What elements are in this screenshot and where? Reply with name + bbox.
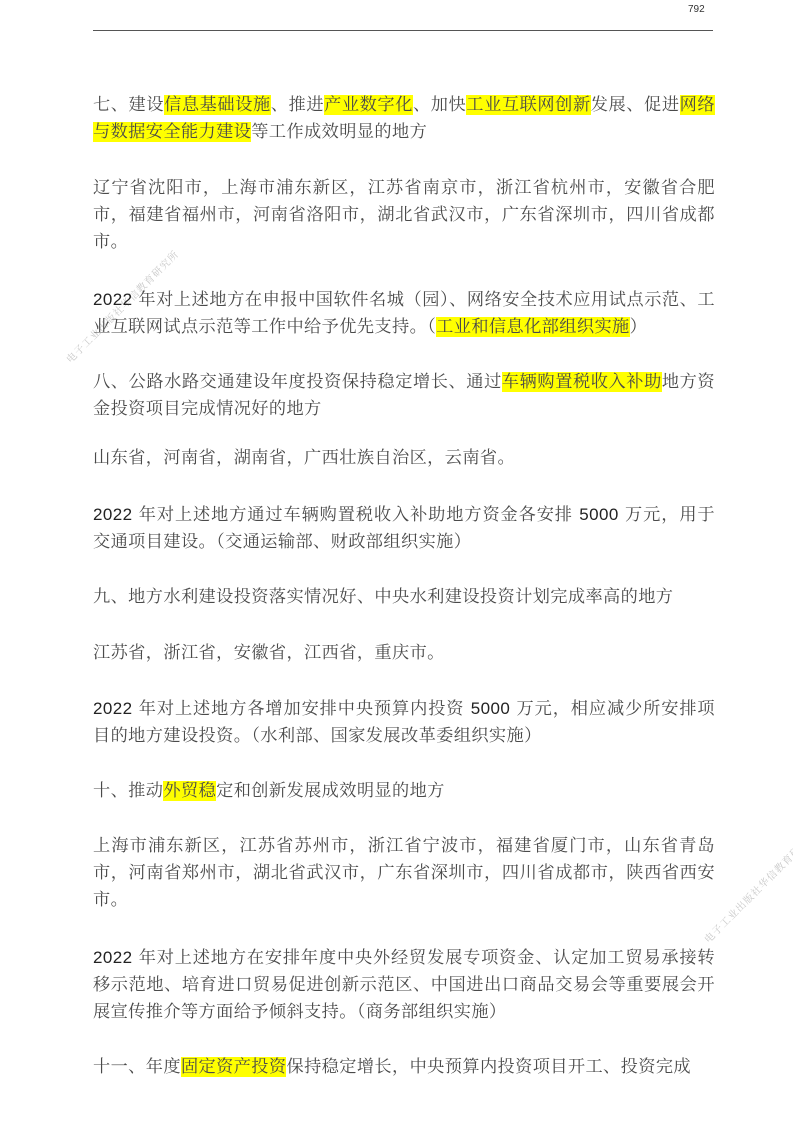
text-segment: 江苏省，浙江省，安徽省，江西省，重庆市。 <box>93 643 445 663</box>
text-segment: 、加快 <box>413 95 466 115</box>
page-number: 792 <box>688 4 705 15</box>
header-rule <box>93 30 713 31</box>
paragraph-list-7: 辽宁省沈阳市，上海市浦东新区，江苏省南京市，浙江省杭州市，安徽省合肥市，福建省福… <box>93 175 715 256</box>
paragraph-heading-9: 九、地方水利建设投资落实情况好、中央水利建设投资计划完成率高的地方 <box>93 584 715 611</box>
text-segment: 等工作成效明显的地方 <box>251 122 427 142</box>
paragraph-support-8: 2022 年对上述地方通过车辆购置税收入补助地方资金各安排 5000 万元，用于… <box>93 501 715 556</box>
text-segment: ） <box>630 317 648 337</box>
highlighted-text: 外贸稳 <box>163 781 216 801</box>
paragraph-heading-11: 十一、年度固定资产投资保持稳定增长，中央预算内投资项目开工、投资完成 <box>93 1054 715 1081</box>
number-text: 2022 <box>93 948 132 967</box>
paragraph-heading-8: 八、公路水路交通建设年度投资保持稳定增长、通过车辆购置税收入补助地方资金投资项目… <box>93 369 715 423</box>
text-segment: 九、地方水利建设投资落实情况好、中央水利建设投资计划完成率高的地方 <box>93 587 673 607</box>
number-text: 2022 <box>93 290 132 309</box>
text-segment: 十一、年度 <box>93 1057 181 1077</box>
text-segment: 辽宁省沈阳市，上海市浦东新区，江苏省南京市，浙江省杭州市，安徽省合肥市，福建省福… <box>93 178 715 252</box>
text-segment: 年对上述地方通过车辆购置税收入补助地方资金各安排 <box>132 505 579 525</box>
number-text: 2022 <box>93 505 132 524</box>
paragraph-list-10: 上海市浦东新区，江苏省苏州市，浙江省宁波市，福建省厦门市，山东省青岛市，河南省郑… <box>93 833 715 914</box>
text-segment: 、推进 <box>271 95 324 115</box>
paragraph-support-10: 2022 年对上述地方在安排年度中央外经贸发展专项资金、认定加工贸易承接转移示范… <box>93 944 715 1026</box>
highlighted-text: 工业互联网创新 <box>466 95 590 115</box>
highlighted-text: 信息基础设施 <box>164 95 271 115</box>
paragraph-heading-10: 十、推动外贸稳定和创新发展成效明显的地方 <box>93 778 715 805</box>
text-segment: 发展、促进 <box>591 95 680 115</box>
text-segment: 八、公路水路交通建设年度投资保持稳定增长、通过 <box>93 372 502 392</box>
paragraph-support-9: 2022 年对上述地方各增加安排中央预算内投资 5000 万元，相应减少所安排项… <box>93 695 715 750</box>
paragraph-list-9: 江苏省，浙江省，安徽省，江西省，重庆市。 <box>93 640 715 667</box>
highlighted-text: 车辆购置税收入补助 <box>502 372 662 392</box>
paragraph-list-8: 山东省，河南省，湖南省，广西壮族自治区，云南省。 <box>93 445 715 472</box>
text-segment: 保持稳定增长，中央预算内投资项目开工、投资完成 <box>286 1057 691 1077</box>
number-text: 2022 <box>93 699 132 718</box>
number-text: 5000 <box>579 505 618 524</box>
text-segment: 十、推动 <box>93 781 163 801</box>
number-text: 5000 <box>471 699 510 718</box>
text-segment: 定和创新发展成效明显的地方 <box>216 781 445 801</box>
text-segment: 上海市浦东新区，江苏省苏州市，浙江省宁波市，福建省厦门市，山东省青岛市，河南省郑… <box>93 836 715 910</box>
text-segment: 七、建设 <box>93 95 164 115</box>
text-segment: 山东省，河南省，湖南省，广西壮族自治区，云南省。 <box>93 448 515 468</box>
paragraph-support-7: 2022 年对上述地方在申报中国软件名城（园）、网络安全技术应用试点示范、工业互… <box>93 286 715 341</box>
text-segment: 年对上述地方各增加安排中央预算内投资 <box>132 699 470 719</box>
highlighted-text: 产业数字化 <box>324 95 413 115</box>
highlighted-text: 工业和信息化部组织实施 <box>436 317 629 337</box>
highlighted-text: 固定资产投资 <box>181 1057 287 1077</box>
paragraph-heading-7: 七、建设信息基础设施、推进产业数字化、加快工业互联网创新发展、促进网络与数据安全… <box>93 92 715 146</box>
text-segment: 年对上述地方在安排年度中央外经贸发展专项资金、认定加工贸易承接转移示范地、培育进… <box>93 948 715 1022</box>
